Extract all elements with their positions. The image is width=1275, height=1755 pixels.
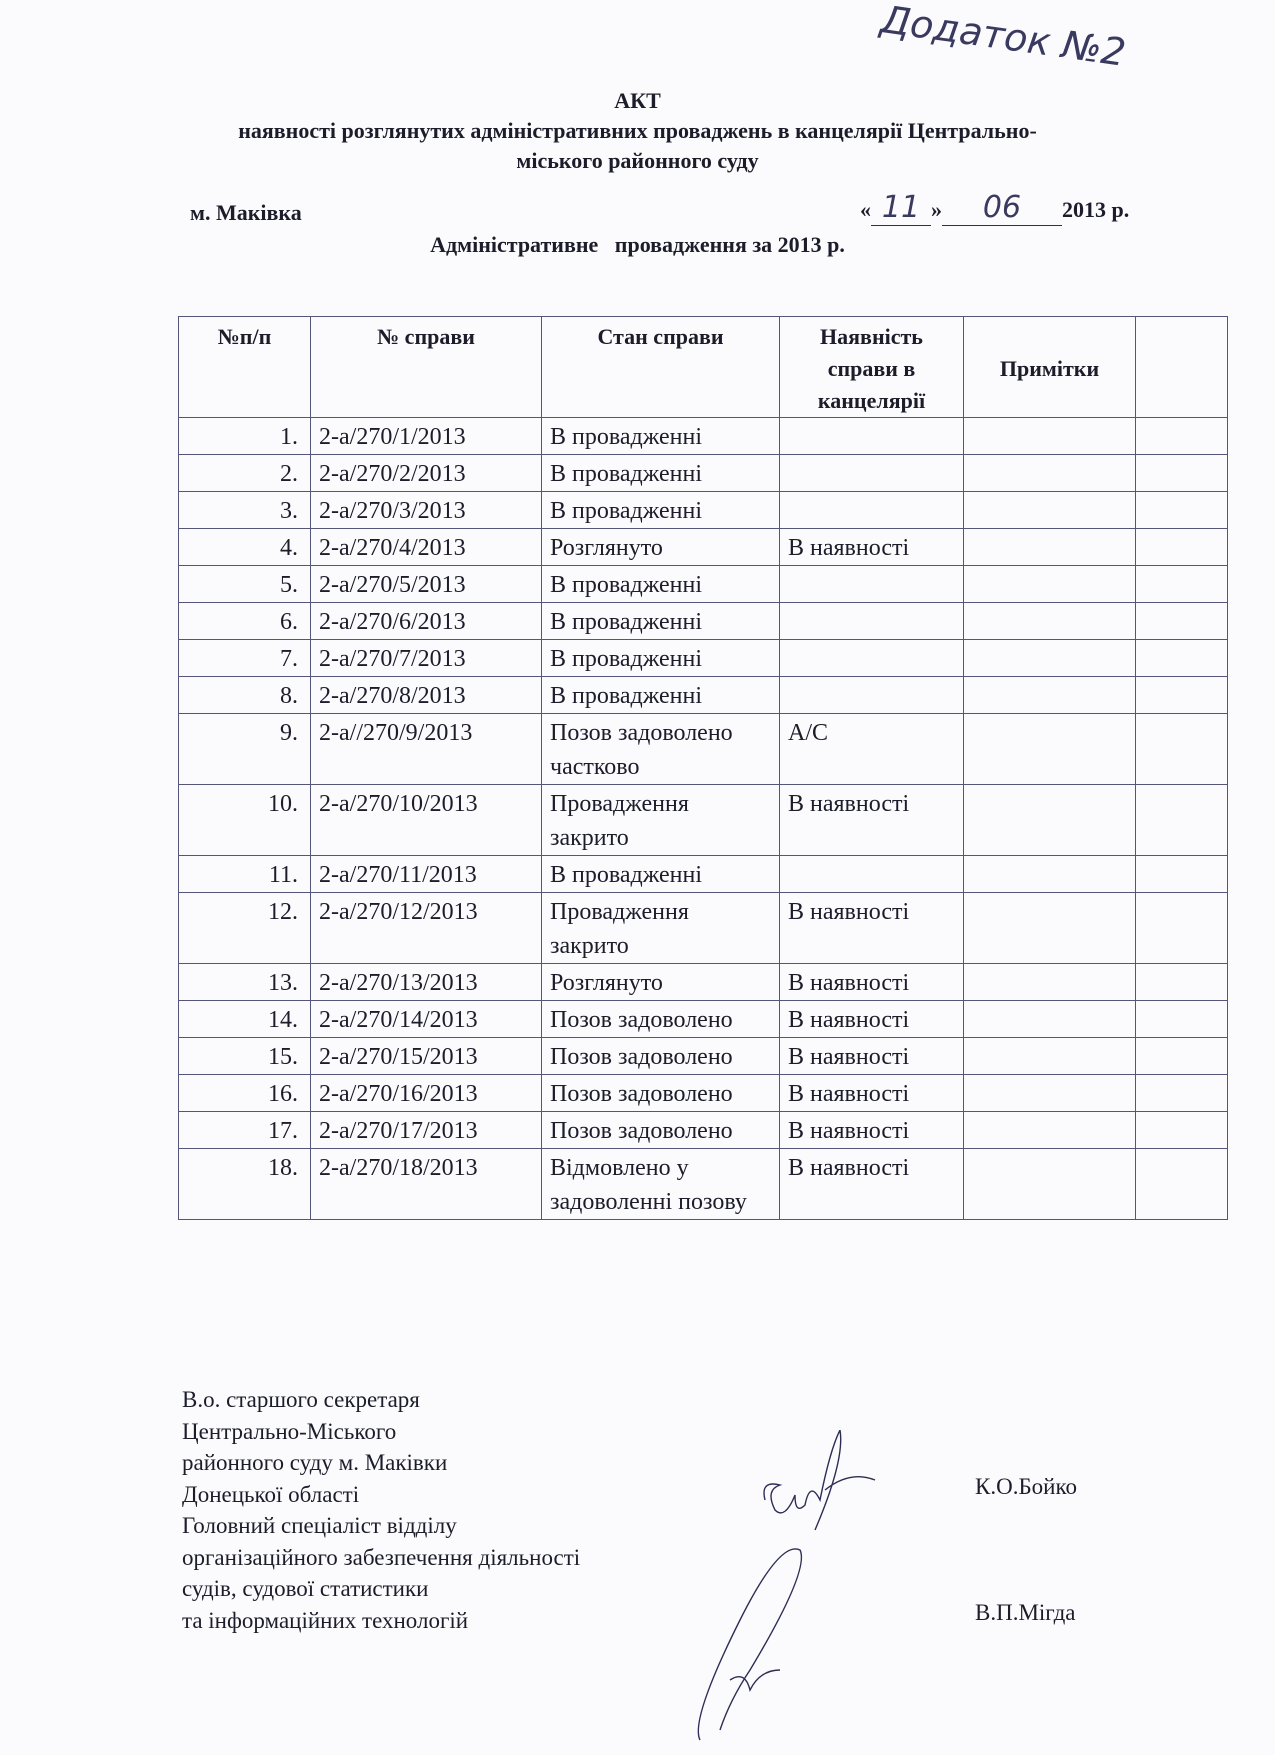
case-notes bbox=[964, 856, 1136, 893]
extra-cell bbox=[1136, 1001, 1228, 1038]
case-status: В провадженні bbox=[542, 455, 780, 492]
row-number: 15. bbox=[179, 1038, 311, 1075]
row-number: 10. bbox=[179, 785, 311, 856]
case-number: 2-а/270/12/2013 bbox=[311, 893, 542, 964]
extra-cell bbox=[1136, 418, 1228, 455]
col-header-extra bbox=[1136, 317, 1228, 418]
case-status: Провадження закрито bbox=[542, 785, 780, 856]
case-notes bbox=[964, 455, 1136, 492]
case-notes bbox=[964, 677, 1136, 714]
col-header-number: №п/п bbox=[179, 317, 311, 418]
row-number: 12. bbox=[179, 893, 311, 964]
extra-cell bbox=[1136, 1075, 1228, 1112]
case-notes bbox=[964, 640, 1136, 677]
case-number: 2-а/270/1/2013 bbox=[311, 418, 542, 455]
case-notes bbox=[964, 1075, 1136, 1112]
case-status: В провадженні bbox=[542, 677, 780, 714]
row-number: 6. bbox=[179, 603, 311, 640]
col-header-status: Стан справи bbox=[542, 317, 780, 418]
extra-cell bbox=[1136, 677, 1228, 714]
date-close-quote: » bbox=[931, 197, 942, 222]
table-header-row: №п/п № справи Стан справи Наявність спра… bbox=[179, 317, 1228, 418]
case-number: 2-а/270/2/2013 bbox=[311, 455, 542, 492]
case-status: Розглянуто bbox=[542, 964, 780, 1001]
date-open-quote: « bbox=[860, 197, 871, 222]
row-number: 18. bbox=[179, 1149, 311, 1220]
row-number: 14. bbox=[179, 1001, 311, 1038]
case-number: 2-а/270/4/2013 bbox=[311, 529, 542, 566]
case-status: Позов задоволено частково bbox=[542, 714, 780, 785]
col-header-case: № справи bbox=[311, 317, 542, 418]
extra-cell bbox=[1136, 964, 1228, 1001]
case-number: 2-а//270/9/2013 bbox=[311, 714, 542, 785]
signature-block-line: Донецької області bbox=[182, 1479, 580, 1511]
extra-cell bbox=[1136, 856, 1228, 893]
case-status: Провадження закрито bbox=[542, 893, 780, 964]
case-presence bbox=[780, 603, 964, 640]
row-number: 11. bbox=[179, 856, 311, 893]
case-number: 2-а/270/14/2013 bbox=[311, 1001, 542, 1038]
row-number: 5. bbox=[179, 566, 311, 603]
case-status: Позов задоволено bbox=[542, 1038, 780, 1075]
case-presence bbox=[780, 566, 964, 603]
col-header-presence: Наявність справи в канцелярії bbox=[780, 317, 964, 418]
case-number: 2-а/270/8/2013 bbox=[311, 677, 542, 714]
table-row: 18.2-а/270/18/2013Відмовлено у задоволен… bbox=[179, 1149, 1228, 1220]
case-status: Позов задоволено bbox=[542, 1001, 780, 1038]
case-notes bbox=[964, 1112, 1136, 1149]
table-row: 14.2-а/270/14/2013Позов задоволеноВ наяв… bbox=[179, 1001, 1228, 1038]
extra-cell bbox=[1136, 1038, 1228, 1075]
case-presence: В наявності bbox=[780, 1038, 964, 1075]
case-notes bbox=[964, 785, 1136, 856]
table-row: 13.2-а/270/13/2013РозглянутоВ наявності bbox=[179, 964, 1228, 1001]
case-status: В провадженні bbox=[542, 492, 780, 529]
extra-cell bbox=[1136, 455, 1228, 492]
extra-cell bbox=[1136, 640, 1228, 677]
table-row: 2.2-а/270/2/2013В провадженні bbox=[179, 455, 1228, 492]
case-presence: В наявності bbox=[780, 1001, 964, 1038]
date-month: 06 bbox=[942, 190, 1062, 226]
case-number: 2-а/270/15/2013 bbox=[311, 1038, 542, 1075]
case-number: 2-а/270/13/2013 bbox=[311, 964, 542, 1001]
row-number: 1. bbox=[179, 418, 311, 455]
row-number: 17. bbox=[179, 1112, 311, 1149]
signature-block: В.о. старшого секретаряЦентрально-Місько… bbox=[182, 1384, 580, 1636]
case-number: 2-а/270/3/2013 bbox=[311, 492, 542, 529]
case-status: В провадженні bbox=[542, 566, 780, 603]
case-notes bbox=[964, 418, 1136, 455]
signer-name-2: В.П.Мігда bbox=[975, 1600, 1076, 1626]
case-status: В провадженні bbox=[542, 856, 780, 893]
signature-block-line: Центрально-Міського bbox=[182, 1416, 580, 1448]
table-row: 4.2-а/270/4/2013РозглянутоВ наявності bbox=[179, 529, 1228, 566]
signer-name-1: К.О.Бойко bbox=[975, 1474, 1077, 1500]
case-notes bbox=[964, 893, 1136, 964]
case-number: 2-а/270/6/2013 bbox=[311, 603, 542, 640]
signature-block-line: судів, судової статистики bbox=[182, 1573, 580, 1605]
case-number: 2-а/270/7/2013 bbox=[311, 640, 542, 677]
case-notes bbox=[964, 1149, 1136, 1220]
case-notes bbox=[964, 1038, 1136, 1075]
table-row: 16.2-а/270/16/2013Позов задоволеноВ наяв… bbox=[179, 1075, 1228, 1112]
case-notes bbox=[964, 529, 1136, 566]
signature-block-line: районного суду м. Маківки bbox=[182, 1447, 580, 1479]
case-status: Позов задоволено bbox=[542, 1075, 780, 1112]
table-row: 9.2-а//270/9/2013Позов задоволено частко… bbox=[179, 714, 1228, 785]
case-presence: В наявності bbox=[780, 893, 964, 964]
case-notes bbox=[964, 1001, 1136, 1038]
case-notes bbox=[964, 603, 1136, 640]
extra-cell bbox=[1136, 529, 1228, 566]
cases-table: №п/п № справи Стан справи Наявність спра… bbox=[178, 316, 1228, 1220]
table-row: 10.2-а/270/10/2013Провадження закритоВ н… bbox=[179, 785, 1228, 856]
row-number: 3. bbox=[179, 492, 311, 529]
table-row: 3.2-а/270/3/2013В провадженні bbox=[179, 492, 1228, 529]
col-header-notes: Примітки bbox=[964, 317, 1136, 418]
row-number: 13. bbox=[179, 964, 311, 1001]
case-presence bbox=[780, 677, 964, 714]
case-presence: В наявності bbox=[780, 529, 964, 566]
case-number: 2-а/270/10/2013 bbox=[311, 785, 542, 856]
case-presence: В наявності bbox=[780, 1075, 964, 1112]
case-status: В провадженні bbox=[542, 640, 780, 677]
signature-block-line: В.о. старшого секретаря bbox=[182, 1384, 580, 1416]
signature-block-line: Головний спеціаліст відділу bbox=[182, 1510, 580, 1542]
case-notes bbox=[964, 964, 1136, 1001]
case-status: В провадженні bbox=[542, 418, 780, 455]
case-presence bbox=[780, 640, 964, 677]
case-status: Розглянуто bbox=[542, 529, 780, 566]
case-notes bbox=[964, 492, 1136, 529]
case-notes bbox=[964, 566, 1136, 603]
case-presence: В наявності bbox=[780, 1149, 964, 1220]
case-status: Позов задоволено bbox=[542, 1112, 780, 1149]
row-number: 7. bbox=[179, 640, 311, 677]
row-number: 16. bbox=[179, 1075, 311, 1112]
row-number: 9. bbox=[179, 714, 311, 785]
table-row: 11.2-а/270/11/2013В провадженні bbox=[179, 856, 1228, 893]
extra-cell bbox=[1136, 566, 1228, 603]
signature-block-line: організаційного забезпечення діяльності bbox=[182, 1542, 580, 1574]
case-number: 2-а/270/18/2013 bbox=[311, 1149, 542, 1220]
table-row: 17.2-а/270/17/2013Позов задоволеноВ наяв… bbox=[179, 1112, 1228, 1149]
case-presence: В наявності bbox=[780, 964, 964, 1001]
case-presence: В наявності bbox=[780, 1112, 964, 1149]
table-row: 5.2-а/270/5/2013В провадженні bbox=[179, 566, 1228, 603]
case-number: 2-а/270/5/2013 bbox=[311, 566, 542, 603]
extra-cell bbox=[1136, 603, 1228, 640]
extra-cell bbox=[1136, 492, 1228, 529]
table-row: 15.2-а/270/15/2013Позов задоволеноВ наяв… bbox=[179, 1038, 1228, 1075]
signature-block-line: та інформаційних технологій bbox=[182, 1605, 580, 1637]
date-year: 2013 р. bbox=[1062, 197, 1129, 222]
extra-cell bbox=[1136, 893, 1228, 964]
row-number: 2. bbox=[179, 455, 311, 492]
case-status: В провадженні bbox=[542, 603, 780, 640]
date-day: 11 bbox=[871, 190, 931, 226]
date-line: «11»062013 р. bbox=[860, 190, 1129, 226]
table-row: 8.2-а/270/8/2013В провадженні bbox=[179, 677, 1228, 714]
signature-mark-1 bbox=[755, 1430, 885, 1540]
row-number: 4. bbox=[179, 529, 311, 566]
signature-mark-2 bbox=[690, 1540, 830, 1750]
document-subtitle-line2: міського районного суду bbox=[0, 148, 1275, 174]
document-subtitle-line1: наявності розглянутих адміністративних п… bbox=[0, 118, 1275, 144]
case-number: 2-а/270/11/2013 bbox=[311, 856, 542, 893]
extra-cell bbox=[1136, 785, 1228, 856]
document-title: АКТ bbox=[0, 88, 1275, 114]
table-row: 6.2-а/270/6/2013В провадженні bbox=[179, 603, 1228, 640]
case-presence: А/С bbox=[780, 714, 964, 785]
case-notes bbox=[964, 714, 1136, 785]
case-number: 2-а/270/16/2013 bbox=[311, 1075, 542, 1112]
case-presence bbox=[780, 492, 964, 529]
case-number: 2-а/270/17/2013 bbox=[311, 1112, 542, 1149]
row-number: 8. bbox=[179, 677, 311, 714]
case-presence bbox=[780, 455, 964, 492]
extra-cell bbox=[1136, 1149, 1228, 1220]
case-presence: В наявності bbox=[780, 785, 964, 856]
case-presence bbox=[780, 418, 964, 455]
extra-cell bbox=[1136, 714, 1228, 785]
section-title: Адміністративне провадження за 2013 р. bbox=[0, 232, 1275, 258]
city: м. Маківка bbox=[190, 200, 302, 226]
case-status: Відмовлено у задоволенні позову bbox=[542, 1149, 780, 1220]
extra-cell bbox=[1136, 1112, 1228, 1149]
table-row: 7.2-а/270/7/2013В провадженні bbox=[179, 640, 1228, 677]
table-row: 12.2-а/270/12/2013Провадження закритоВ н… bbox=[179, 893, 1228, 964]
handwritten-annotation: Додаток №2 bbox=[878, 0, 1128, 75]
table-row: 1.2-а/270/1/2013В провадженні bbox=[179, 418, 1228, 455]
case-presence bbox=[780, 856, 964, 893]
